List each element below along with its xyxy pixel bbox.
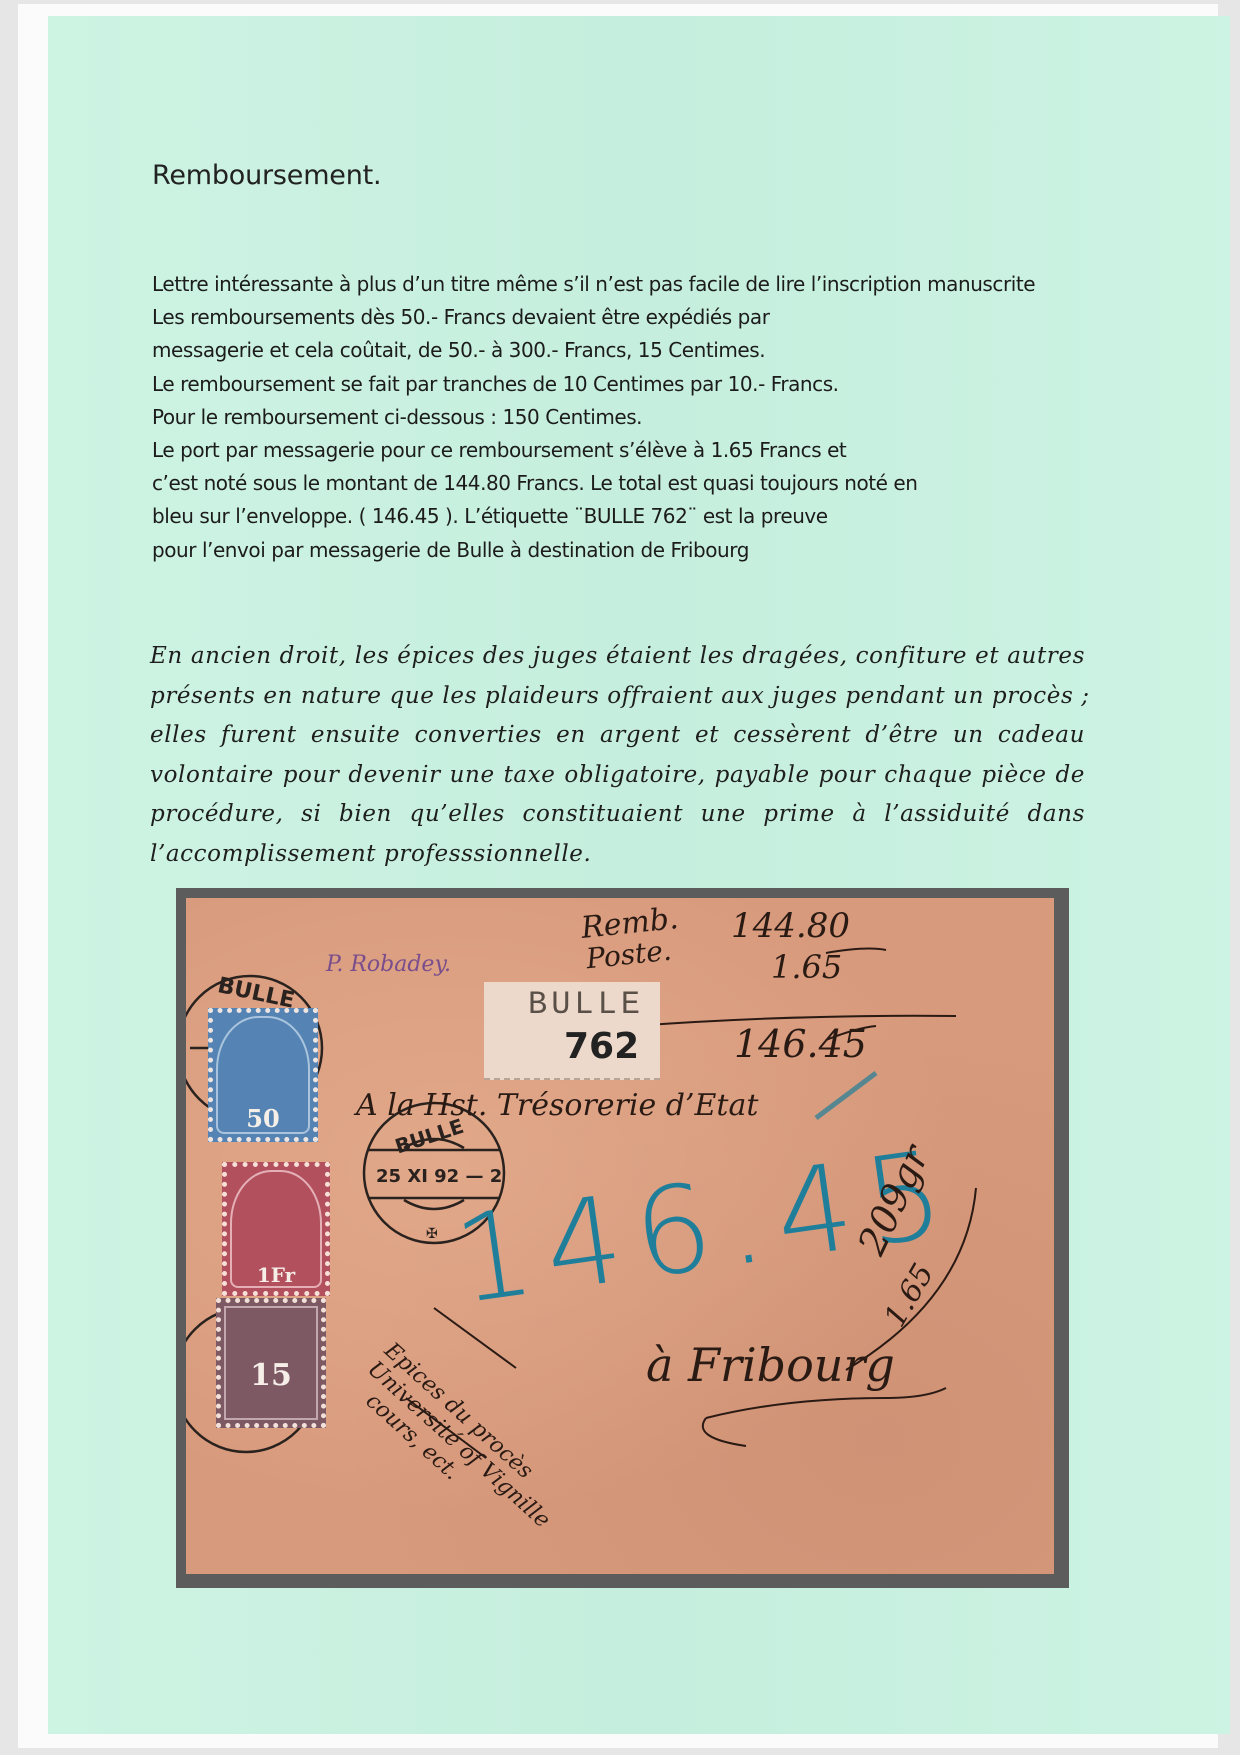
intro-line: c’est noté sous le montant de 144.80 Fra… [152, 467, 1072, 500]
swiss-cross-icon: ✠ [426, 1225, 438, 1241]
intro-line: Lettre intéressante à plus d’un titre mê… [152, 268, 1072, 301]
stamp-value: 50 [213, 1104, 313, 1133]
sender-handstamp: P. Robadey. [326, 952, 451, 977]
stamp-50c: 50 [208, 1008, 318, 1142]
amount-total: 146.45 [734, 1022, 867, 1066]
label-number: 762 [564, 1026, 639, 1067]
messagerie-label: BULLE 762 [484, 982, 660, 1080]
quote-line: elles furent ensuite converties en argen… [150, 716, 1085, 756]
intro-line: Pour le remboursement ci-dessous : 150 C… [152, 401, 1072, 434]
intro-line: Les remboursements dès 50.- Francs devai… [152, 301, 1072, 334]
stamp-15c: 15 [216, 1298, 326, 1428]
intro-line: messagerie et cela coûtait, de 50.- à 30… [152, 334, 1072, 367]
amount-remb: 144.80 [731, 906, 850, 946]
stamp-1fr: 1Fr [222, 1162, 330, 1296]
intro-line: Le port par messagerie pour ce rembourse… [152, 434, 1072, 467]
amount-poste: 1.65 [771, 948, 842, 986]
destination: à Fribourg [646, 1338, 895, 1392]
quote-line: procédure, si bien qu’elles constituaien… [150, 795, 1085, 835]
address-line: A la Hst. Trésorerie d’Etat [356, 1088, 758, 1123]
postmark-date: 25 XI 92 — 2 [376, 1166, 502, 1187]
quote-line: En ancien droit, les épices des juges ét… [150, 637, 1085, 677]
intro-line: pour l’envoi par messagerie de Bulle à d… [152, 534, 1072, 567]
envelope-mount: BULLE BULLE 25 XI 92 — 2 ✠ [176, 888, 1069, 1588]
quote-text: En ancien droit, les épices des juges ét… [150, 637, 1085, 874]
quote-line: l’accomplissement professsionnelle. [150, 835, 1085, 875]
envelope: BULLE BULLE 25 XI 92 — 2 ✠ [186, 898, 1054, 1574]
quote-line: présents en nature que les plaideurs off… [150, 677, 1085, 717]
intro-text: Lettre intéressante à plus d’un titre mê… [152, 268, 1072, 567]
stamp-value: 1Fr [227, 1263, 325, 1287]
stamp-value: 15 [221, 1358, 321, 1393]
page-title: Remboursement. [152, 160, 381, 191]
label-office: BULLE [528, 986, 644, 1023]
intro-line: bleu sur l’enveloppe. ( 146.45 ). L’étiq… [152, 500, 1072, 533]
quote-line: volontaire pour devenir une taxe obligat… [150, 756, 1085, 796]
intro-line: Le remboursement se fait par tranches de… [152, 368, 1072, 401]
